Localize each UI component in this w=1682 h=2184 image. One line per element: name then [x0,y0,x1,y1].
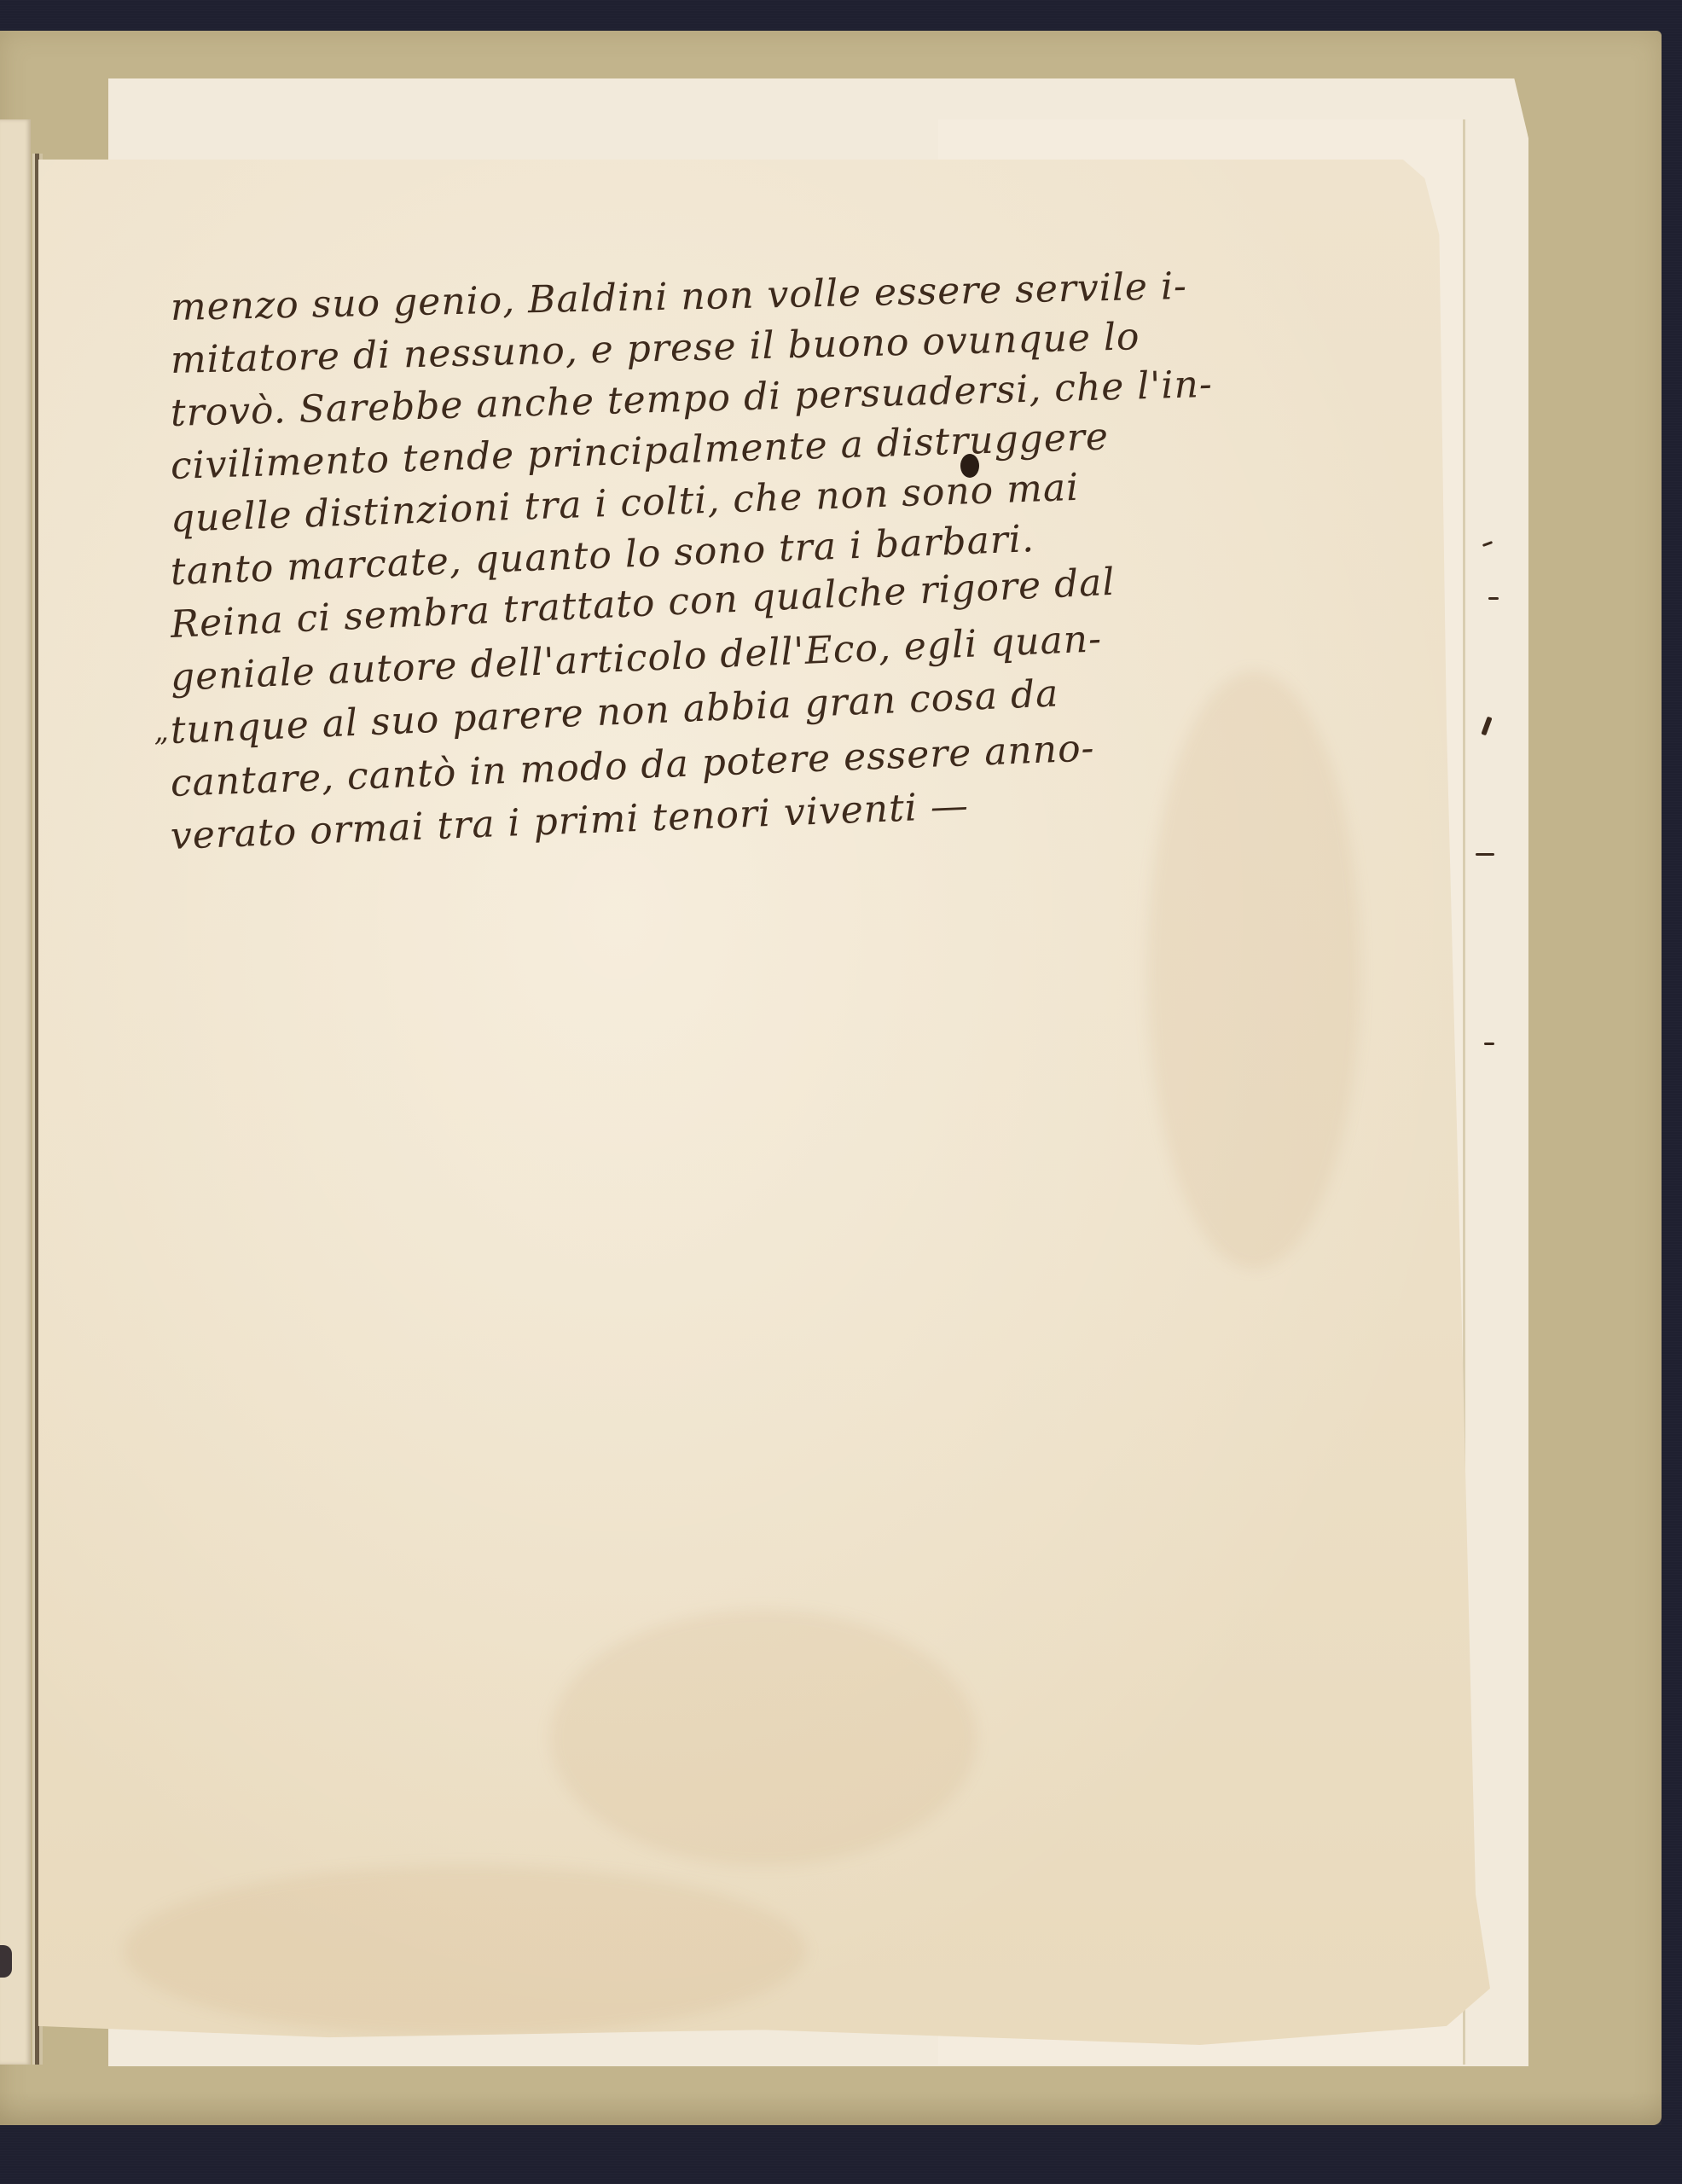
binding-bead [0,1945,12,1978]
margin-quote-mark: ” [154,732,168,766]
handwritten-text: menzo suo genio, Baldini non volle esser… [171,282,1296,863]
left-facing-page-edge [0,119,31,2065]
